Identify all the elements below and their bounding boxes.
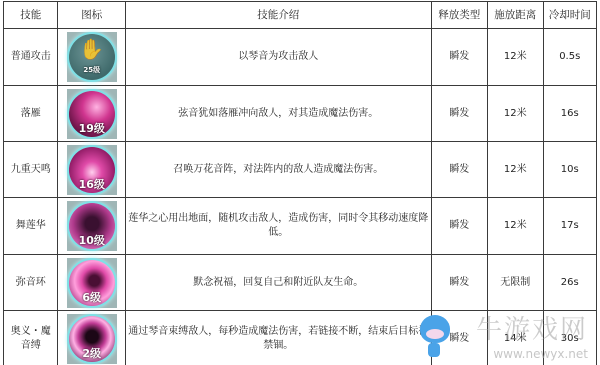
- header-row: 技能 图标 技能介绍 释放类型 施放距离 冷却时间: [4, 2, 597, 29]
- skill-name: 普通攻击: [4, 29, 58, 86]
- header-release-type: 释放类型: [431, 2, 487, 29]
- icon-cell: 6级: [58, 255, 126, 311]
- skill-name: 落雁: [4, 86, 58, 142]
- table-row: 舞莲华 10级 莲华之心用出地面，随机攻击敌人，造成伤害，同时令其移动速度降低。…: [4, 198, 597, 255]
- header-cast-range: 施放距离: [488, 2, 543, 29]
- icon-level: 10级: [69, 235, 115, 247]
- icon-cell: 19级: [58, 86, 126, 142]
- cooldown: 10s: [543, 142, 597, 198]
- release-type: 瞬发: [431, 29, 487, 86]
- cast-range: 12米: [488, 142, 543, 198]
- harp-attack-icon: ✋ 25级: [69, 34, 115, 80]
- cast-range: 14米: [488, 311, 543, 365]
- skill-description: 默念祝福，回复自己和附近队友生命。: [126, 255, 432, 311]
- skill-name: 奥义・魔音缚: [4, 311, 58, 365]
- hand-glyph-icon: ✋: [69, 42, 115, 56]
- icon-frame: 6级: [67, 258, 117, 308]
- icon-level: 2级: [69, 348, 115, 360]
- cooldown: 17s: [543, 198, 597, 255]
- table-row: 普通攻击 ✋ 25级 以琴音为攻击敌人 瞬发 12米 0.5s: [4, 29, 597, 86]
- release-type: 瞬发: [431, 311, 487, 365]
- table-row: 九重天鸣 16级 召唤万花音阵，对法阵内的敌人造成魔法伤害。 瞬发 12米 10…: [4, 142, 597, 198]
- skill-description: 通过琴音束缚敌人，每秒造成魔法伤害，若链接不断，结束后目标被禁锢。: [126, 311, 432, 365]
- release-type: 瞬发: [431, 255, 487, 311]
- icon-cell: 2级: [58, 311, 126, 365]
- falling-goose-icon: 19级: [69, 91, 115, 137]
- cast-range: 12米: [488, 198, 543, 255]
- release-type: 瞬发: [431, 86, 487, 142]
- release-type: 瞬发: [431, 198, 487, 255]
- header-icon: 图标: [58, 2, 126, 29]
- skill-description: 以琴音为攻击敌人: [126, 29, 432, 86]
- cast-range: 无限制: [488, 255, 543, 311]
- sound-ring-icon: 6级: [69, 260, 115, 306]
- skill-name: 九重天鸣: [4, 142, 58, 198]
- demon-sound-bind-icon: 2级: [69, 316, 115, 362]
- skills-table: 技能 图标 技能介绍 释放类型 施放距离 冷却时间 普通攻击 ✋ 25级 以琴音…: [3, 1, 597, 365]
- nine-heavens-icon: 16级: [69, 147, 115, 193]
- icon-cell: 10级: [58, 198, 126, 255]
- skill-description: 莲华之心用出地面，随机攻击敌人，造成伤害，同时令其移动速度降低。: [126, 198, 432, 255]
- cooldown: 0.5s: [543, 29, 597, 86]
- icon-frame: ✋ 25级: [67, 32, 117, 82]
- release-type: 瞬发: [431, 142, 487, 198]
- icon-cell: 16级: [58, 142, 126, 198]
- icon-frame: 2级: [67, 314, 117, 364]
- header-skill: 技能: [4, 2, 58, 29]
- skill-description: 弦音犹如落雁冲向敌人，对其造成魔法伤害。: [126, 86, 432, 142]
- icon-level: 19级: [69, 123, 115, 135]
- skill-name: 舞莲华: [4, 198, 58, 255]
- icon-frame: 16级: [67, 145, 117, 195]
- cast-range: 12米: [488, 29, 543, 86]
- cooldown: 16s: [543, 86, 597, 142]
- icon-level: 6级: [69, 292, 115, 304]
- table-row: 奥义・魔音缚 2级 通过琴音束缚敌人，每秒造成魔法伤害，若链接不断，结束后目标被…: [4, 311, 597, 365]
- icon-level: 25级: [69, 64, 115, 76]
- cooldown: 30s: [543, 311, 597, 365]
- icon-cell: ✋ 25级: [58, 29, 126, 86]
- table-row: 落雁 19级 弦音犹如落雁冲向敌人，对其造成魔法伤害。 瞬发 12米 16s: [4, 86, 597, 142]
- dancing-lotus-icon: 10级: [69, 203, 115, 249]
- header-cooldown: 冷却时间: [543, 2, 597, 29]
- icon-frame: 19级: [67, 89, 117, 139]
- icon-level: 16级: [69, 179, 115, 191]
- cooldown: 26s: [543, 255, 597, 311]
- skill-name: 弥音环: [4, 255, 58, 311]
- table-row: 弥音环 6级 默念祝福，回复自己和附近队友生命。 瞬发 无限制 26s: [4, 255, 597, 311]
- skill-description: 召唤万花音阵，对法阵内的敌人造成魔法伤害。: [126, 142, 432, 198]
- header-description: 技能介绍: [126, 2, 432, 29]
- icon-frame: 10级: [67, 201, 117, 251]
- cast-range: 12米: [488, 86, 543, 142]
